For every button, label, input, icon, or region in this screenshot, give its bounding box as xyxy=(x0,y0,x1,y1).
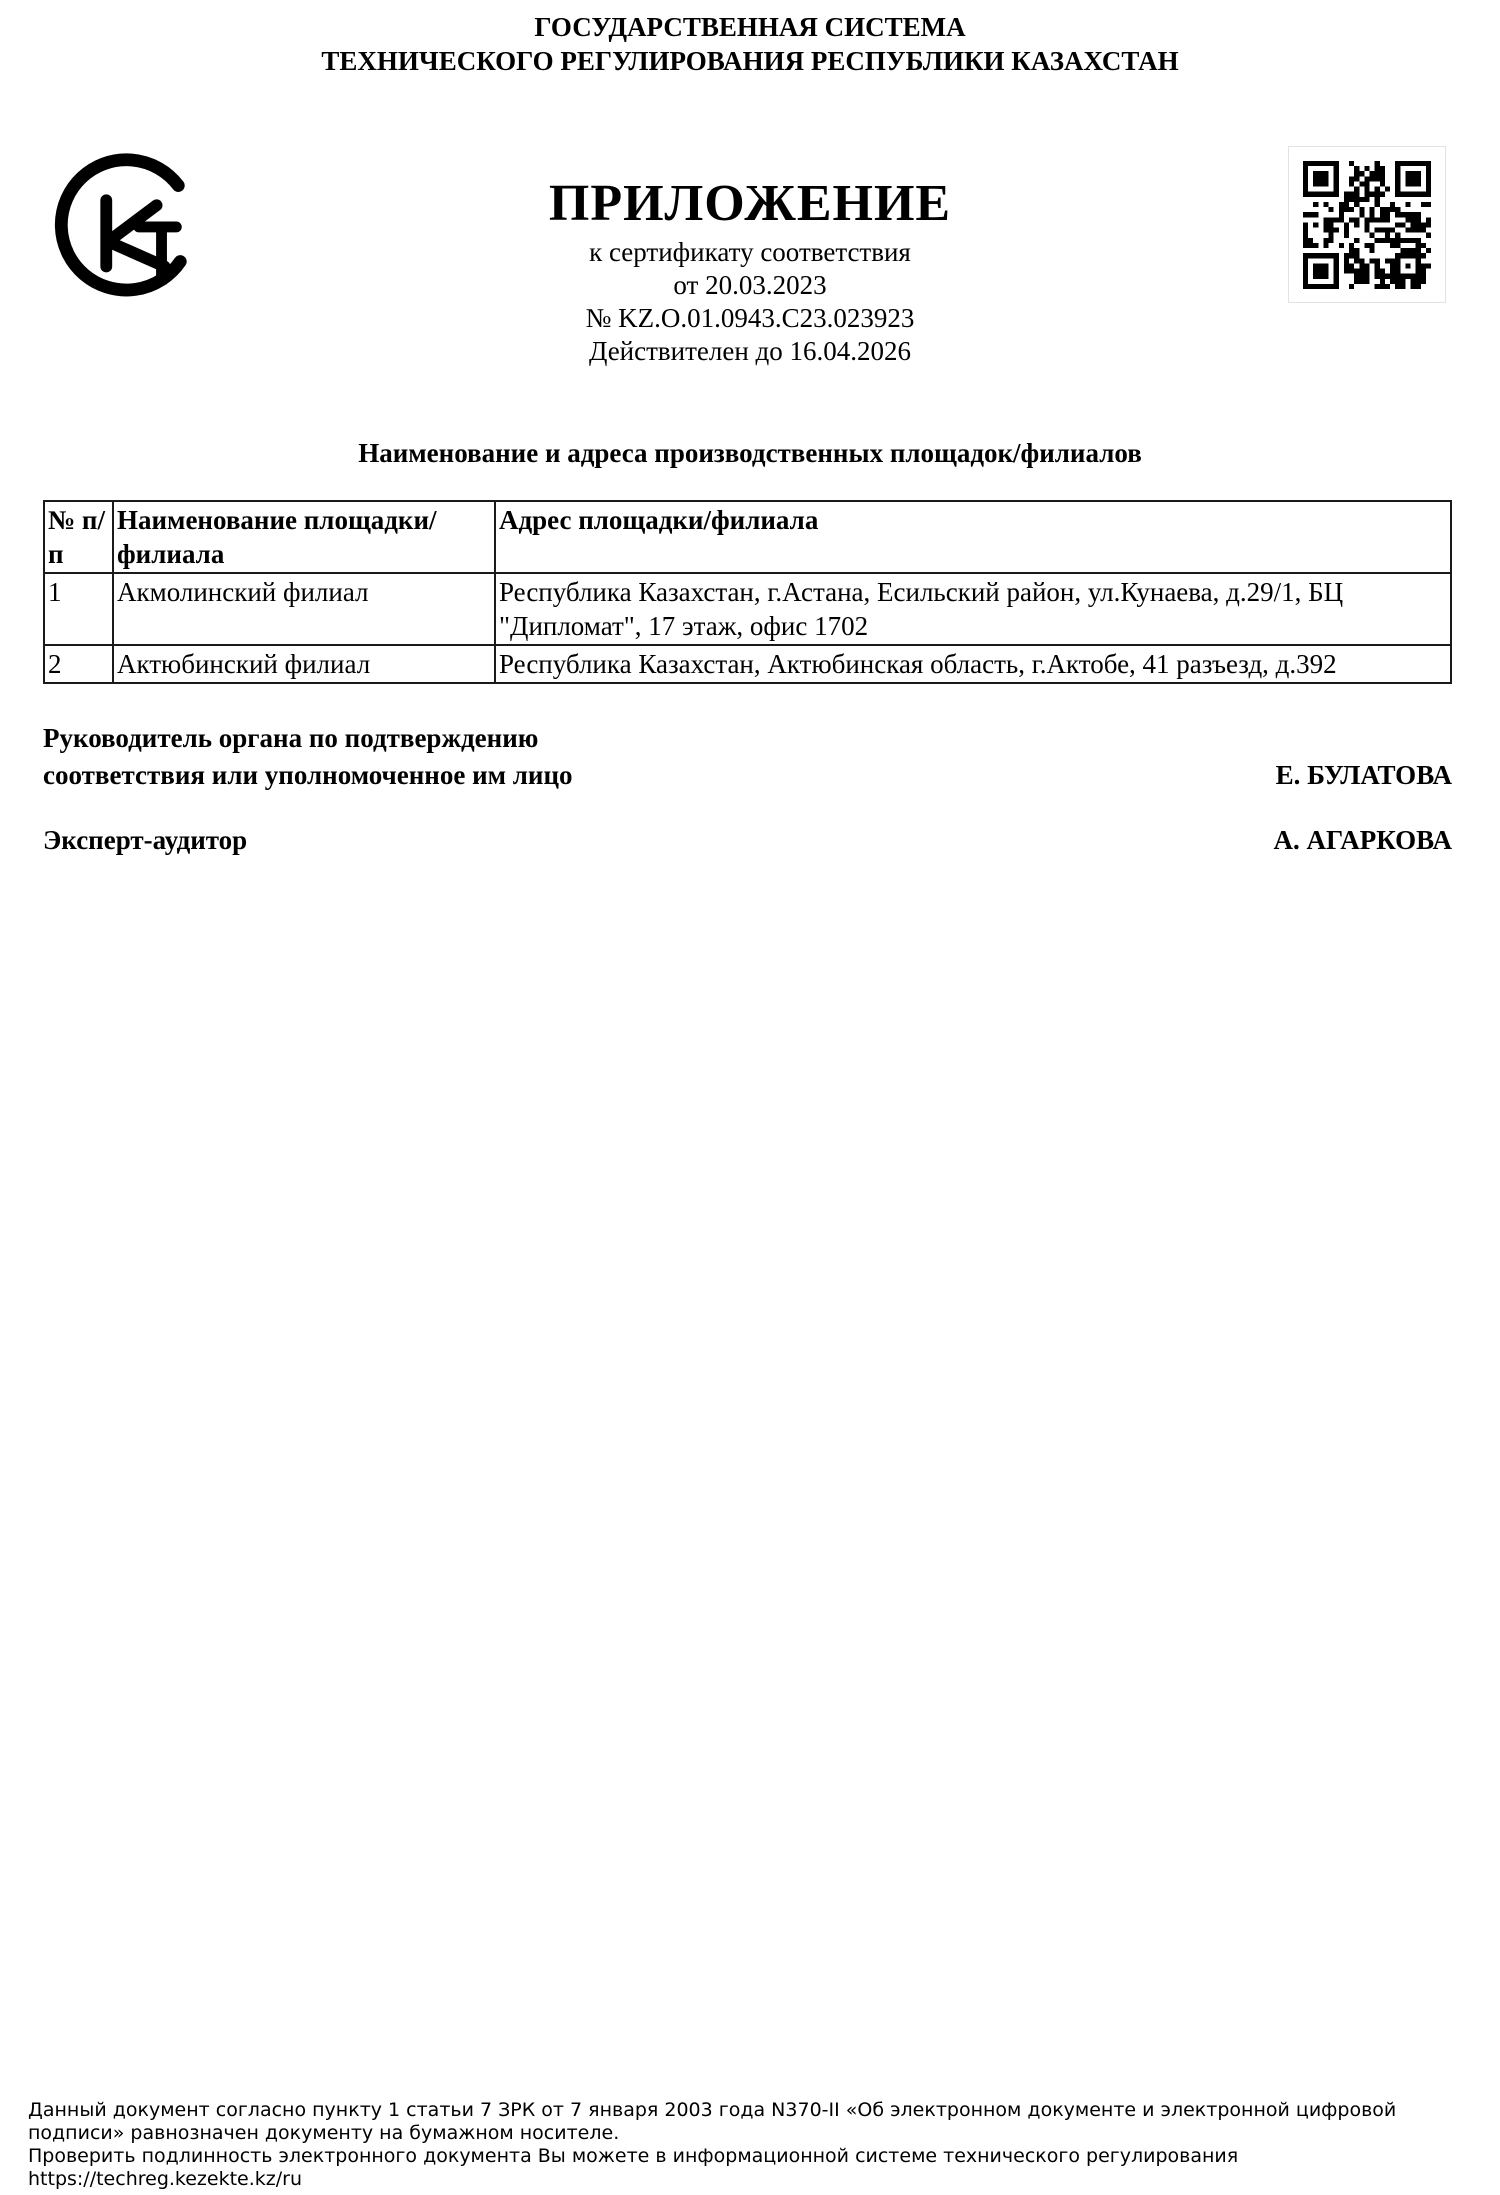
certificate-number: № KZ.O.01.0943.C23.023923 xyxy=(0,302,1500,335)
table-row: 2 Актюбинский филиал Республика Казахста… xyxy=(44,645,1451,683)
row-number: 1 xyxy=(44,573,113,645)
table-row: 1 Акмолинский филиал Республика Казахста… xyxy=(44,573,1451,645)
column-header-name: Наименование площадки/ филиала xyxy=(113,501,495,573)
row-number: 2 xyxy=(44,645,113,683)
table-header-row: № п/п Наименование площадки/ филиала Адр… xyxy=(44,501,1451,573)
header-line-1: ГОСУДАРСТВЕННАЯ СИСТЕМА xyxy=(0,10,1500,44)
site-name: Акмолинский филиал xyxy=(113,573,495,645)
header-line-2: ТЕХНИЧЕСКОГО РЕГУЛИРОВАНИЯ РЕСПУБЛИКИ КА… xyxy=(0,44,1500,78)
verification-notice: Проверить подлинность электронного докум… xyxy=(28,2145,1468,2168)
signer-role: соответствия или уполномоченное им лицо xyxy=(43,757,573,794)
site-address: Республика Казахстан, Актюбинская област… xyxy=(495,645,1451,683)
document-header: ГОСУДАРСТВЕННАЯ СИСТЕМА ТЕХНИЧЕСКОГО РЕГ… xyxy=(0,10,1500,78)
signer-name: А. АГАРКОВА xyxy=(1274,822,1452,859)
certificate-date: от 20.03.2023 xyxy=(0,269,1500,302)
certificate-subtitle: к сертификату соответствия xyxy=(0,236,1500,269)
signer-role: Эксперт-аудитор xyxy=(43,822,247,859)
document-title: ПРИЛОЖЕНИЕ xyxy=(0,172,1500,236)
column-header-number: № п/п xyxy=(44,501,113,573)
title-block: ПРИЛОЖЕНИЕ к сертификату соответствия от… xyxy=(0,172,1500,368)
production-sites-table: № п/п Наименование площадки/ филиала Адр… xyxy=(43,500,1452,684)
signatures-block: Руководитель органа по подтверждению соо… xyxy=(43,720,1452,859)
verification-link[interactable]: https://techreg.kezekte.kz/ru xyxy=(28,2168,1468,2191)
site-name: Актюбинский филиал xyxy=(113,645,495,683)
certificate-valid-until: Действителен до 16.04.2026 xyxy=(0,335,1500,368)
signer-auditor: Эксперт-аудитор А. АГАРКОВА xyxy=(43,822,1452,859)
site-address: Республика Казахстан, г.Астана, Есильски… xyxy=(495,573,1451,645)
legal-notice: Данный документ согласно пункту 1 статьи… xyxy=(28,2099,1468,2145)
legal-footer: Данный документ согласно пункту 1 статьи… xyxy=(28,2099,1468,2191)
signer-role: Руководитель органа по подтверждению xyxy=(43,720,573,757)
signer-name: Е. БУЛАТОВА xyxy=(1276,757,1452,794)
section-heading: Наименование и адреса производственных п… xyxy=(0,436,1500,470)
signer-head: Руководитель органа по подтверждению соо… xyxy=(43,720,1452,794)
column-header-address: Адрес площадки/филиала xyxy=(495,501,1451,573)
